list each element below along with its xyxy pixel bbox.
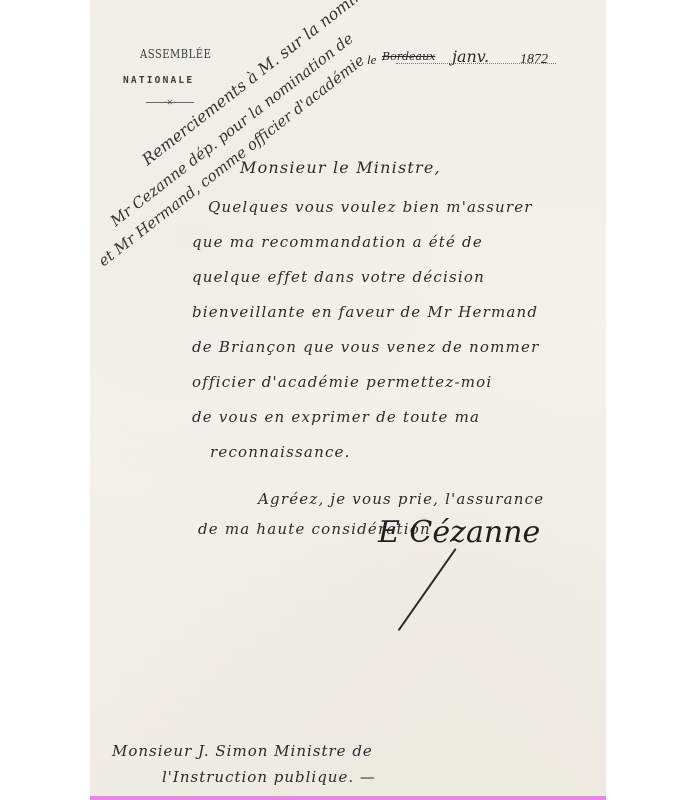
- bottom-accent-bar: [90, 796, 606, 800]
- ornament-icon: ·✕·: [164, 98, 176, 107]
- letterhead-assemblee: ASSEMBLÉE: [140, 48, 211, 62]
- address-line-1: Monsieur J. Simon Ministre de: [112, 742, 373, 760]
- letterhead-nationale: NATIONALE: [123, 75, 194, 86]
- letter-line: quelque effet dans votre décision: [192, 268, 485, 286]
- closing-line: Agréez, je vous prie, l'assurance: [258, 490, 544, 508]
- date-struck-place: Bordeaux: [382, 50, 435, 63]
- date-month: janv.: [452, 47, 489, 66]
- letter-line: officier d'académie permettez-moi: [192, 373, 492, 391]
- letter-line: de vous en exprimer de toute ma: [192, 408, 480, 426]
- date-year: 1872: [520, 52, 548, 68]
- letter-line: bienveillante en faveur de Mr Hermand: [192, 303, 538, 321]
- letter-line: reconnaissance.: [210, 443, 351, 461]
- address-line-2: l'Instruction publique. —: [162, 768, 376, 786]
- letter-line: de Briançon que vous venez de nommer: [192, 338, 539, 356]
- letter-paper: [90, 0, 606, 796]
- signature: E Cézanne: [378, 515, 540, 550]
- date-prefix: le: [367, 52, 376, 68]
- letter-line: que ma recommandation a été de: [192, 233, 483, 251]
- salutation: Monsieur le Ministre,: [240, 158, 441, 177]
- letter-line: Quelques vous voulez bien m'assurer: [208, 198, 533, 216]
